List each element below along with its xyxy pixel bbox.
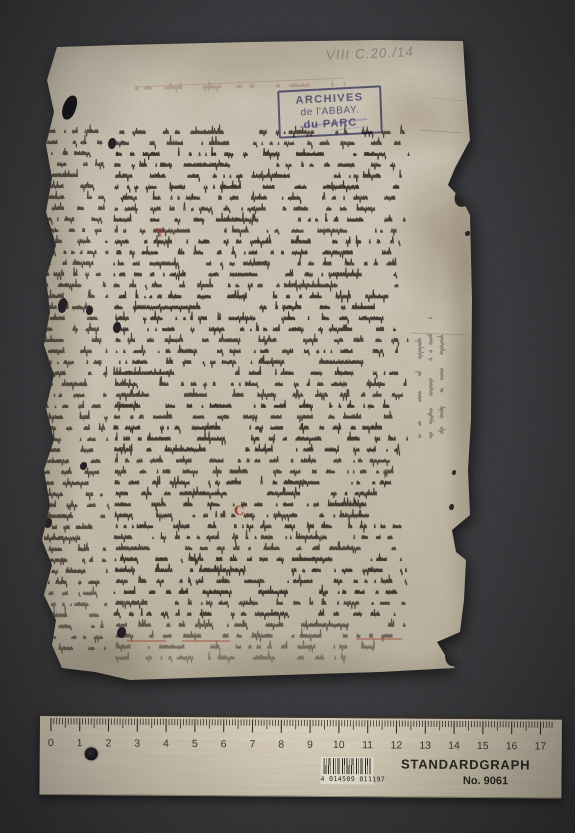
ruler-cm-label: 5	[192, 738, 198, 750]
manuscript-leaf: VIII C.20./14 ARCHIVES de l'ABBAY. du PA…	[30, 38, 475, 683]
ruler-cm-label: 3	[134, 738, 140, 750]
ruler-cm-label: 0	[48, 737, 54, 749]
ruler-cm-label: 10	[333, 739, 345, 751]
ruler-cm-label: 9	[307, 739, 313, 751]
ruler-cm-label: 7	[249, 738, 255, 750]
ruler-scale: 01234567891011121314151617	[40, 716, 562, 760]
ruler-cm-label: 1	[77, 737, 83, 749]
ruler-hole	[85, 747, 98, 760]
ruler-cm-label: 8	[278, 739, 284, 751]
ruler-cm-label: 11	[362, 739, 373, 751]
ruler-cm-label: 13	[419, 740, 431, 752]
photo-background: VIII C.20./14 ARCHIVES de l'ABBAY. du PA…	[0, 0, 575, 833]
ruler-brand: STANDARDGRAPH	[386, 756, 546, 772]
leaf-edge-shading	[30, 38, 475, 683]
ruler-cm-label: 14	[448, 740, 460, 752]
ruler-cm-label: 16	[506, 740, 518, 752]
ruler-shadow: 01234567891011121314151617 4 014509 0111…	[39, 714, 562, 796]
ruler-cm-label: 6	[221, 738, 227, 750]
barcode-bars	[324, 758, 371, 774]
ruler-cm-label: 2	[105, 737, 111, 749]
ruler-model: No. 9061	[406, 775, 562, 788]
ruler-cm-label: 12	[391, 739, 403, 751]
ruler-cm-label: 17	[534, 740, 546, 752]
ruler-barcode: 4 014509 011197	[321, 757, 374, 784]
barcode-number: 4 014509 011197	[321, 775, 374, 783]
ruler-cm-label: 4	[163, 738, 169, 750]
ruler: 01234567891011121314151617 4 014509 0111…	[39, 714, 562, 799]
ruler-cm-label: 15	[477, 740, 489, 752]
